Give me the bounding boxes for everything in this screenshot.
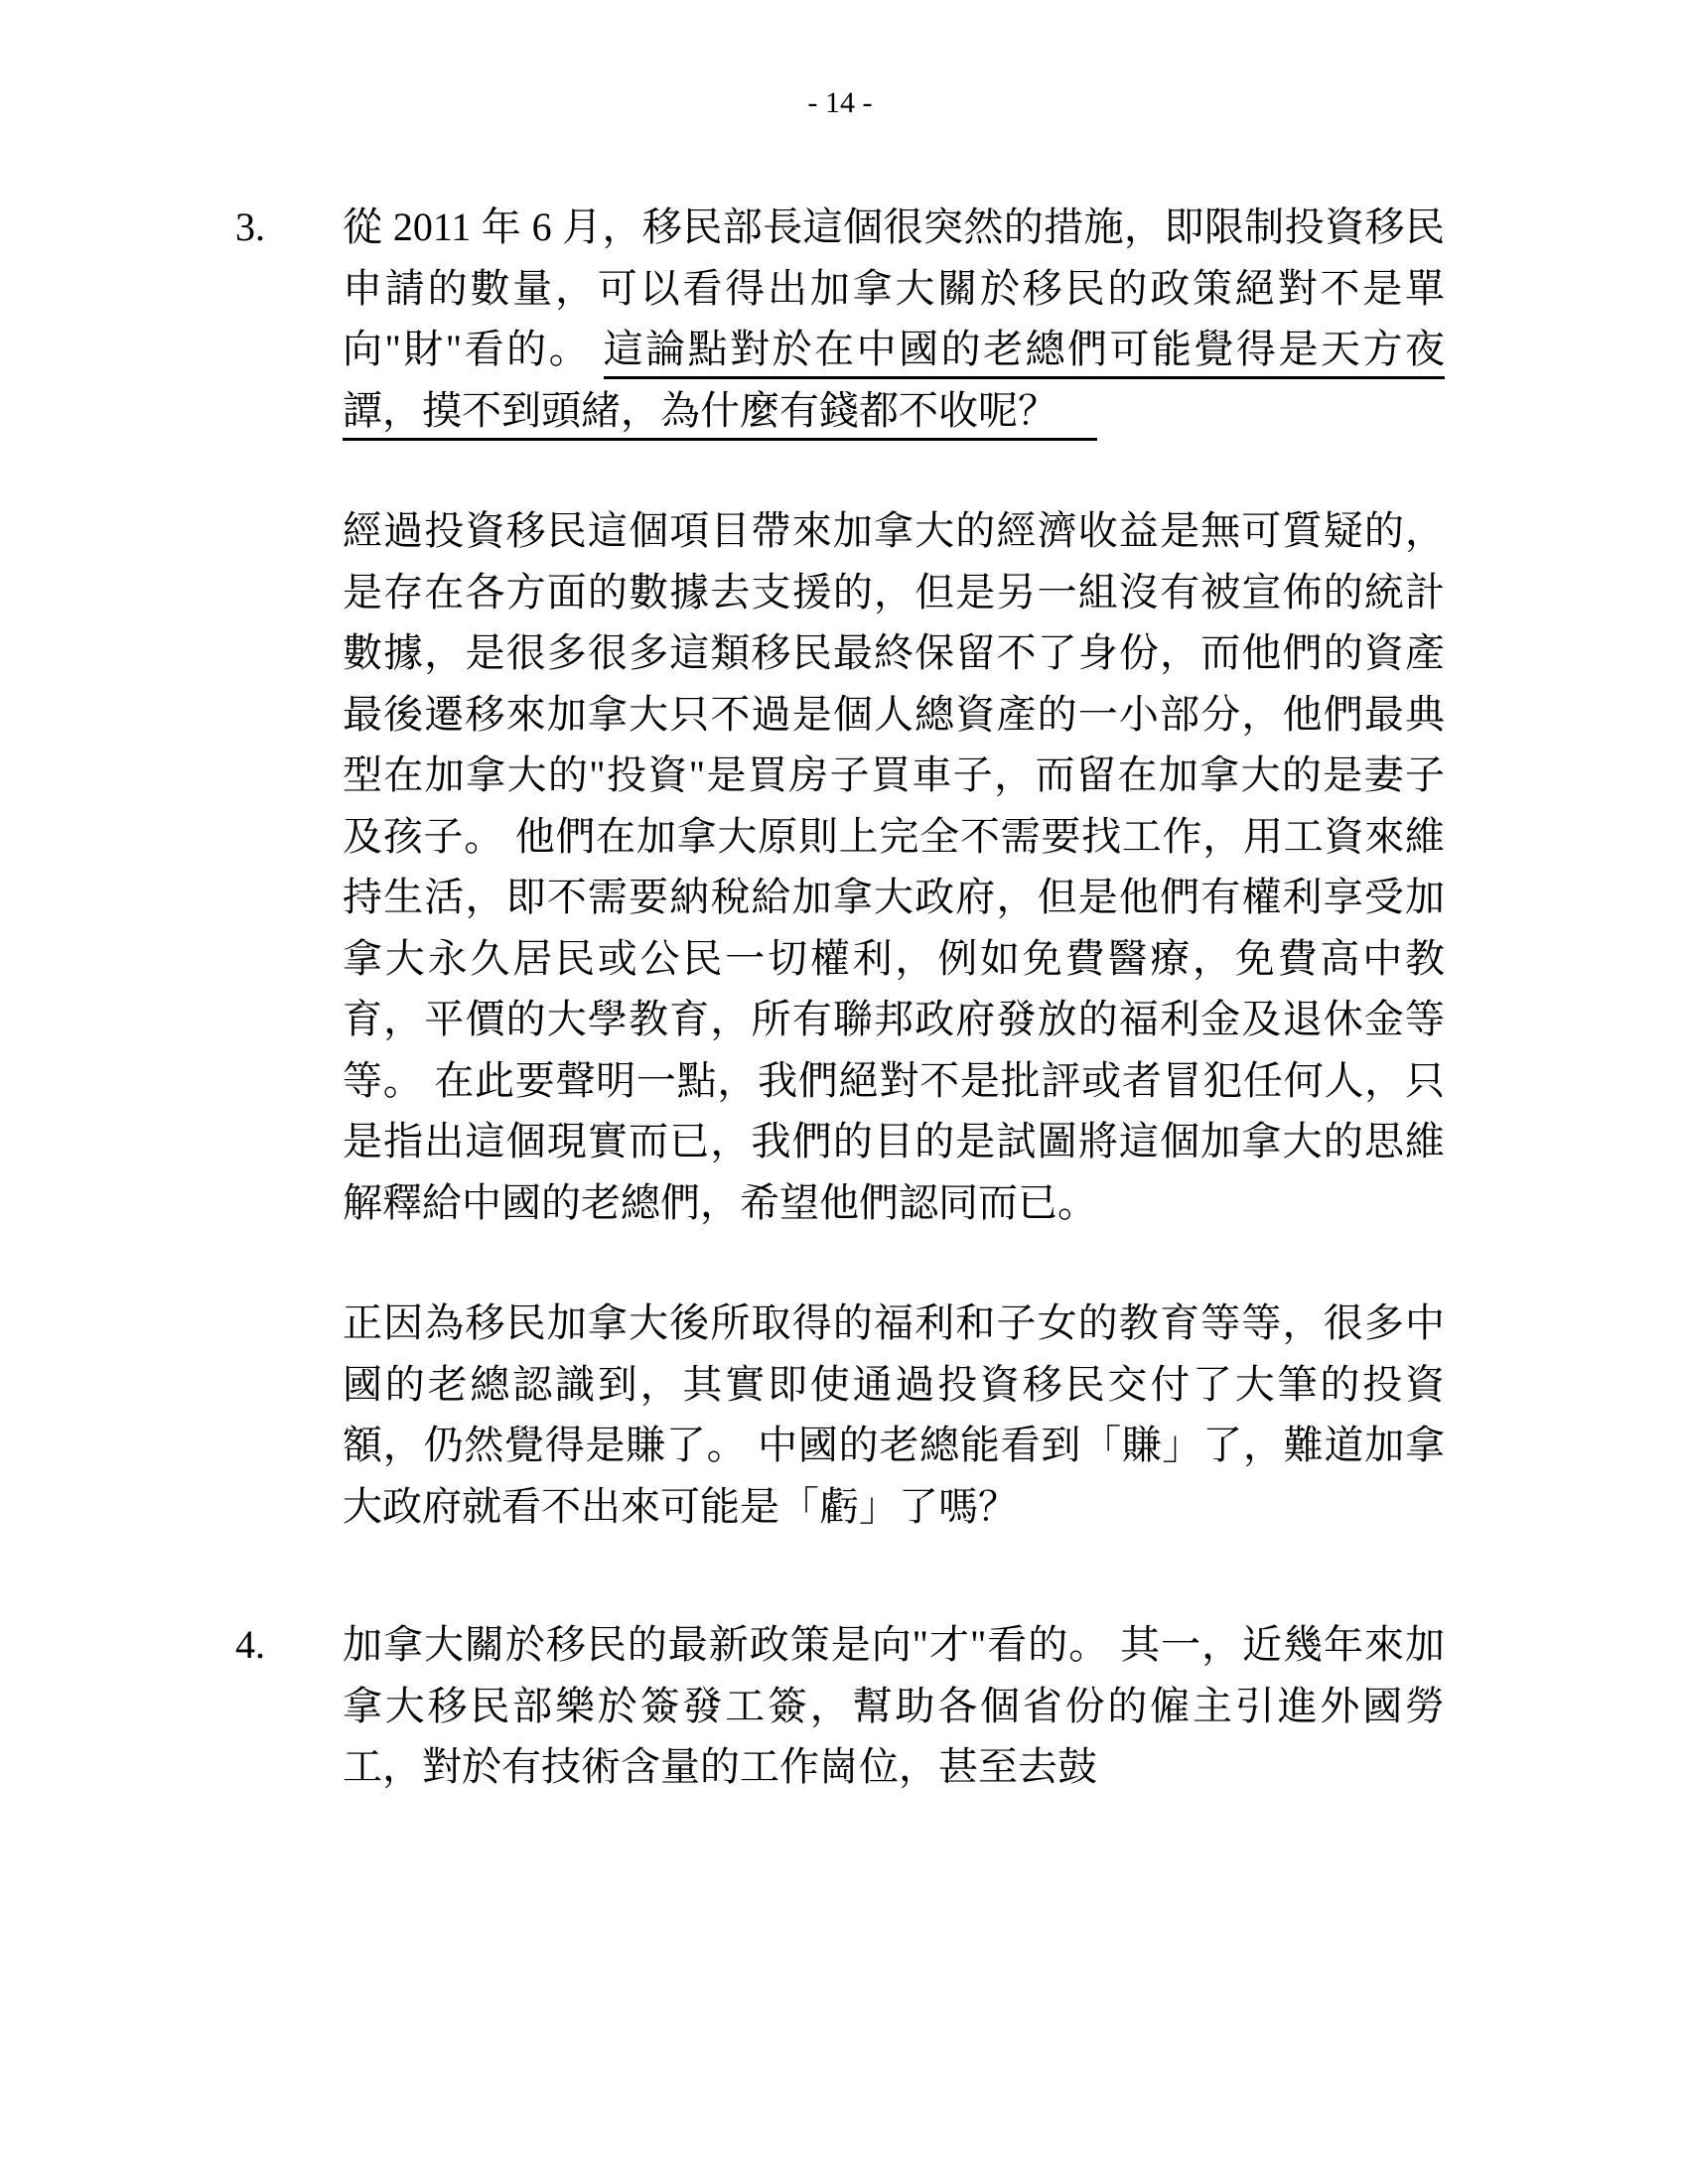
item-4-number: 4.	[235, 1614, 343, 1676]
item-4-body: 加拿大關於移民的最新政策是向"才"看的。 其一，近幾年來加拿大移民部樂於簽發工簽…	[343, 1614, 1445, 1798]
item-4-paragraph-1: 加拿大關於移民的最新政策是向"才"看的。 其一，近幾年來加拿大移民部樂於簽發工簽…	[343, 1614, 1445, 1798]
item-3-paragraph-1: 從 2011 年 6 月，移民部長這個很突然的措施，即限制投資移民申請的數量，可…	[343, 197, 1445, 441]
page-number: - 14 -	[235, 84, 1445, 122]
item-3-paragraph-2: 經過投資移民這個項目帶來加拿大的經濟收益是無可質疑的，是存在各方面的數據去支援的…	[343, 500, 1445, 1233]
item-3-number: 3.	[235, 197, 343, 258]
document-page: - 14 - 3. 從 2011 年 6 月，移民部長這個很突然的措施，即限制投…	[0, 0, 1688, 2184]
item-3-paragraph-3: 正因為移民加拿大後所取得的福利和子女的教育等等，很多中國的老總認識到，其實即使通…	[343, 1293, 1445, 1537]
item-3-body: 從 2011 年 6 月，移民部長這個很突然的措施，即限制投資移民申請的數量，可…	[343, 197, 1445, 1537]
list-item-3: 3. 從 2011 年 6 月，移民部長這個很突然的措施，即限制投資移民申請的數…	[235, 197, 1445, 1537]
list-item-4: 4. 加拿大關於移民的最新政策是向"才"看的。 其一，近幾年來加拿大移民部樂於簽…	[235, 1614, 1445, 1798]
